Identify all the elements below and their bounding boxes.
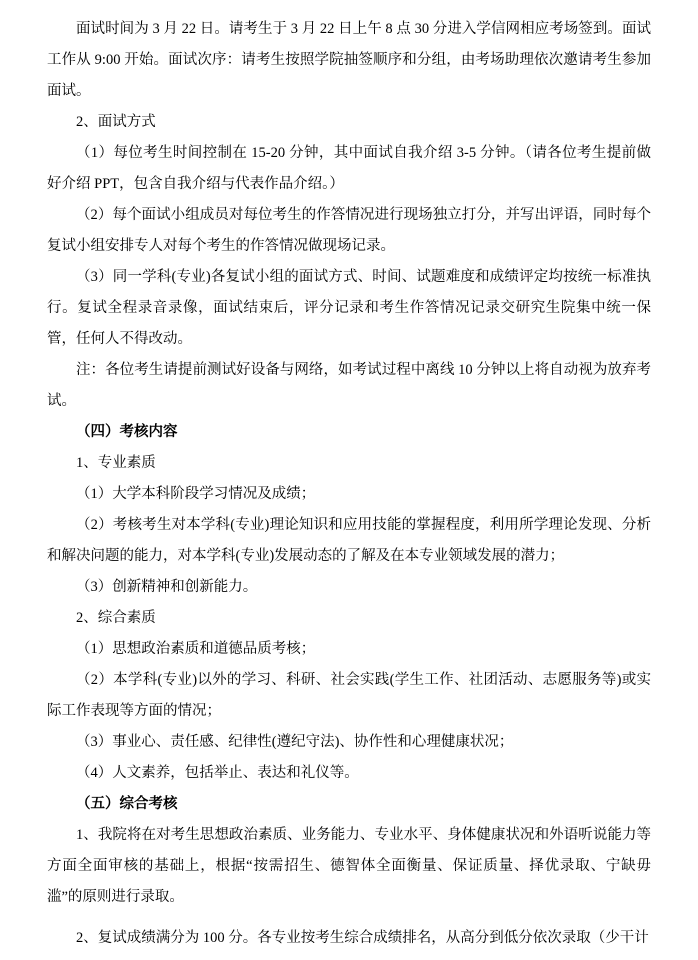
para-cq-item-3: （3）事业心、责任感、纪律性(遵纪守法)、协作性和心理健康状况； <box>47 727 651 758</box>
para-comprehensive-quality-label: 2、综合素质 <box>47 603 651 634</box>
para-interview-time: 面试时间为 3 月 22 日。请考生于 3 月 22 日上午 8 点 30 分进… <box>47 14 651 107</box>
para-interview-method-label: 2、面试方式 <box>47 107 651 138</box>
para-cq-item-1: （1）思想政治素质和道德品质考核； <box>47 634 651 665</box>
heading-section-5-comprehensive-assessment: （五）综合考核 <box>47 789 651 820</box>
para-note-equipment: 注：各位考生请提前测试好设备与网络，如考试过程中离线 10 分钟以上将自动视为放… <box>47 355 651 417</box>
para-pq-item-2: （2）考核考生对本学科(专业)理论知识和应用技能的掌握程度，利用所学理论发现、分… <box>47 510 651 572</box>
para-score-ranking: 2、复试成绩满分为 100 分。各专业按考生综合成绩排名，从高分到低分依次录取（… <box>47 923 651 954</box>
document-page: 面试时间为 3 月 22 日。请考生于 3 月 22 日上午 8 点 30 分进… <box>0 0 698 960</box>
para-method-item-1: （1）每位考生时间控制在 15-20 分钟，其中面试自我介绍 3-5 分钟。（请… <box>47 138 651 200</box>
para-cq-item-2: （2）本学科(专业)以外的学习、科研、社会实践(学生工作、社团活动、志愿服务等)… <box>47 665 651 727</box>
para-pq-item-1: （1）大学本科阶段学习情况及成绩； <box>47 479 651 510</box>
para-admission-principle: 1、我院将在对考生思想政治素质、业务能力、专业水平、身体健康状况和外语听说能力等… <box>47 820 651 913</box>
para-method-item-2: （2）每个面试小组成员对每位考生的作答情况进行现场独立打分，并写出评语，同时每个… <box>47 200 651 262</box>
para-professional-quality-label: 1、专业素质 <box>47 448 651 479</box>
para-pq-item-3: （3）创新精神和创新能力。 <box>47 572 651 603</box>
para-cq-item-4: （4）人文素养，包括举止、表达和礼仪等。 <box>47 758 651 789</box>
para-method-item-3: （3）同一学科(专业)各复试小组的面试方式、时间、试题难度和成绩评定均按统一标准… <box>47 262 651 355</box>
heading-section-4-assessment-content: （四）考核内容 <box>47 417 651 448</box>
